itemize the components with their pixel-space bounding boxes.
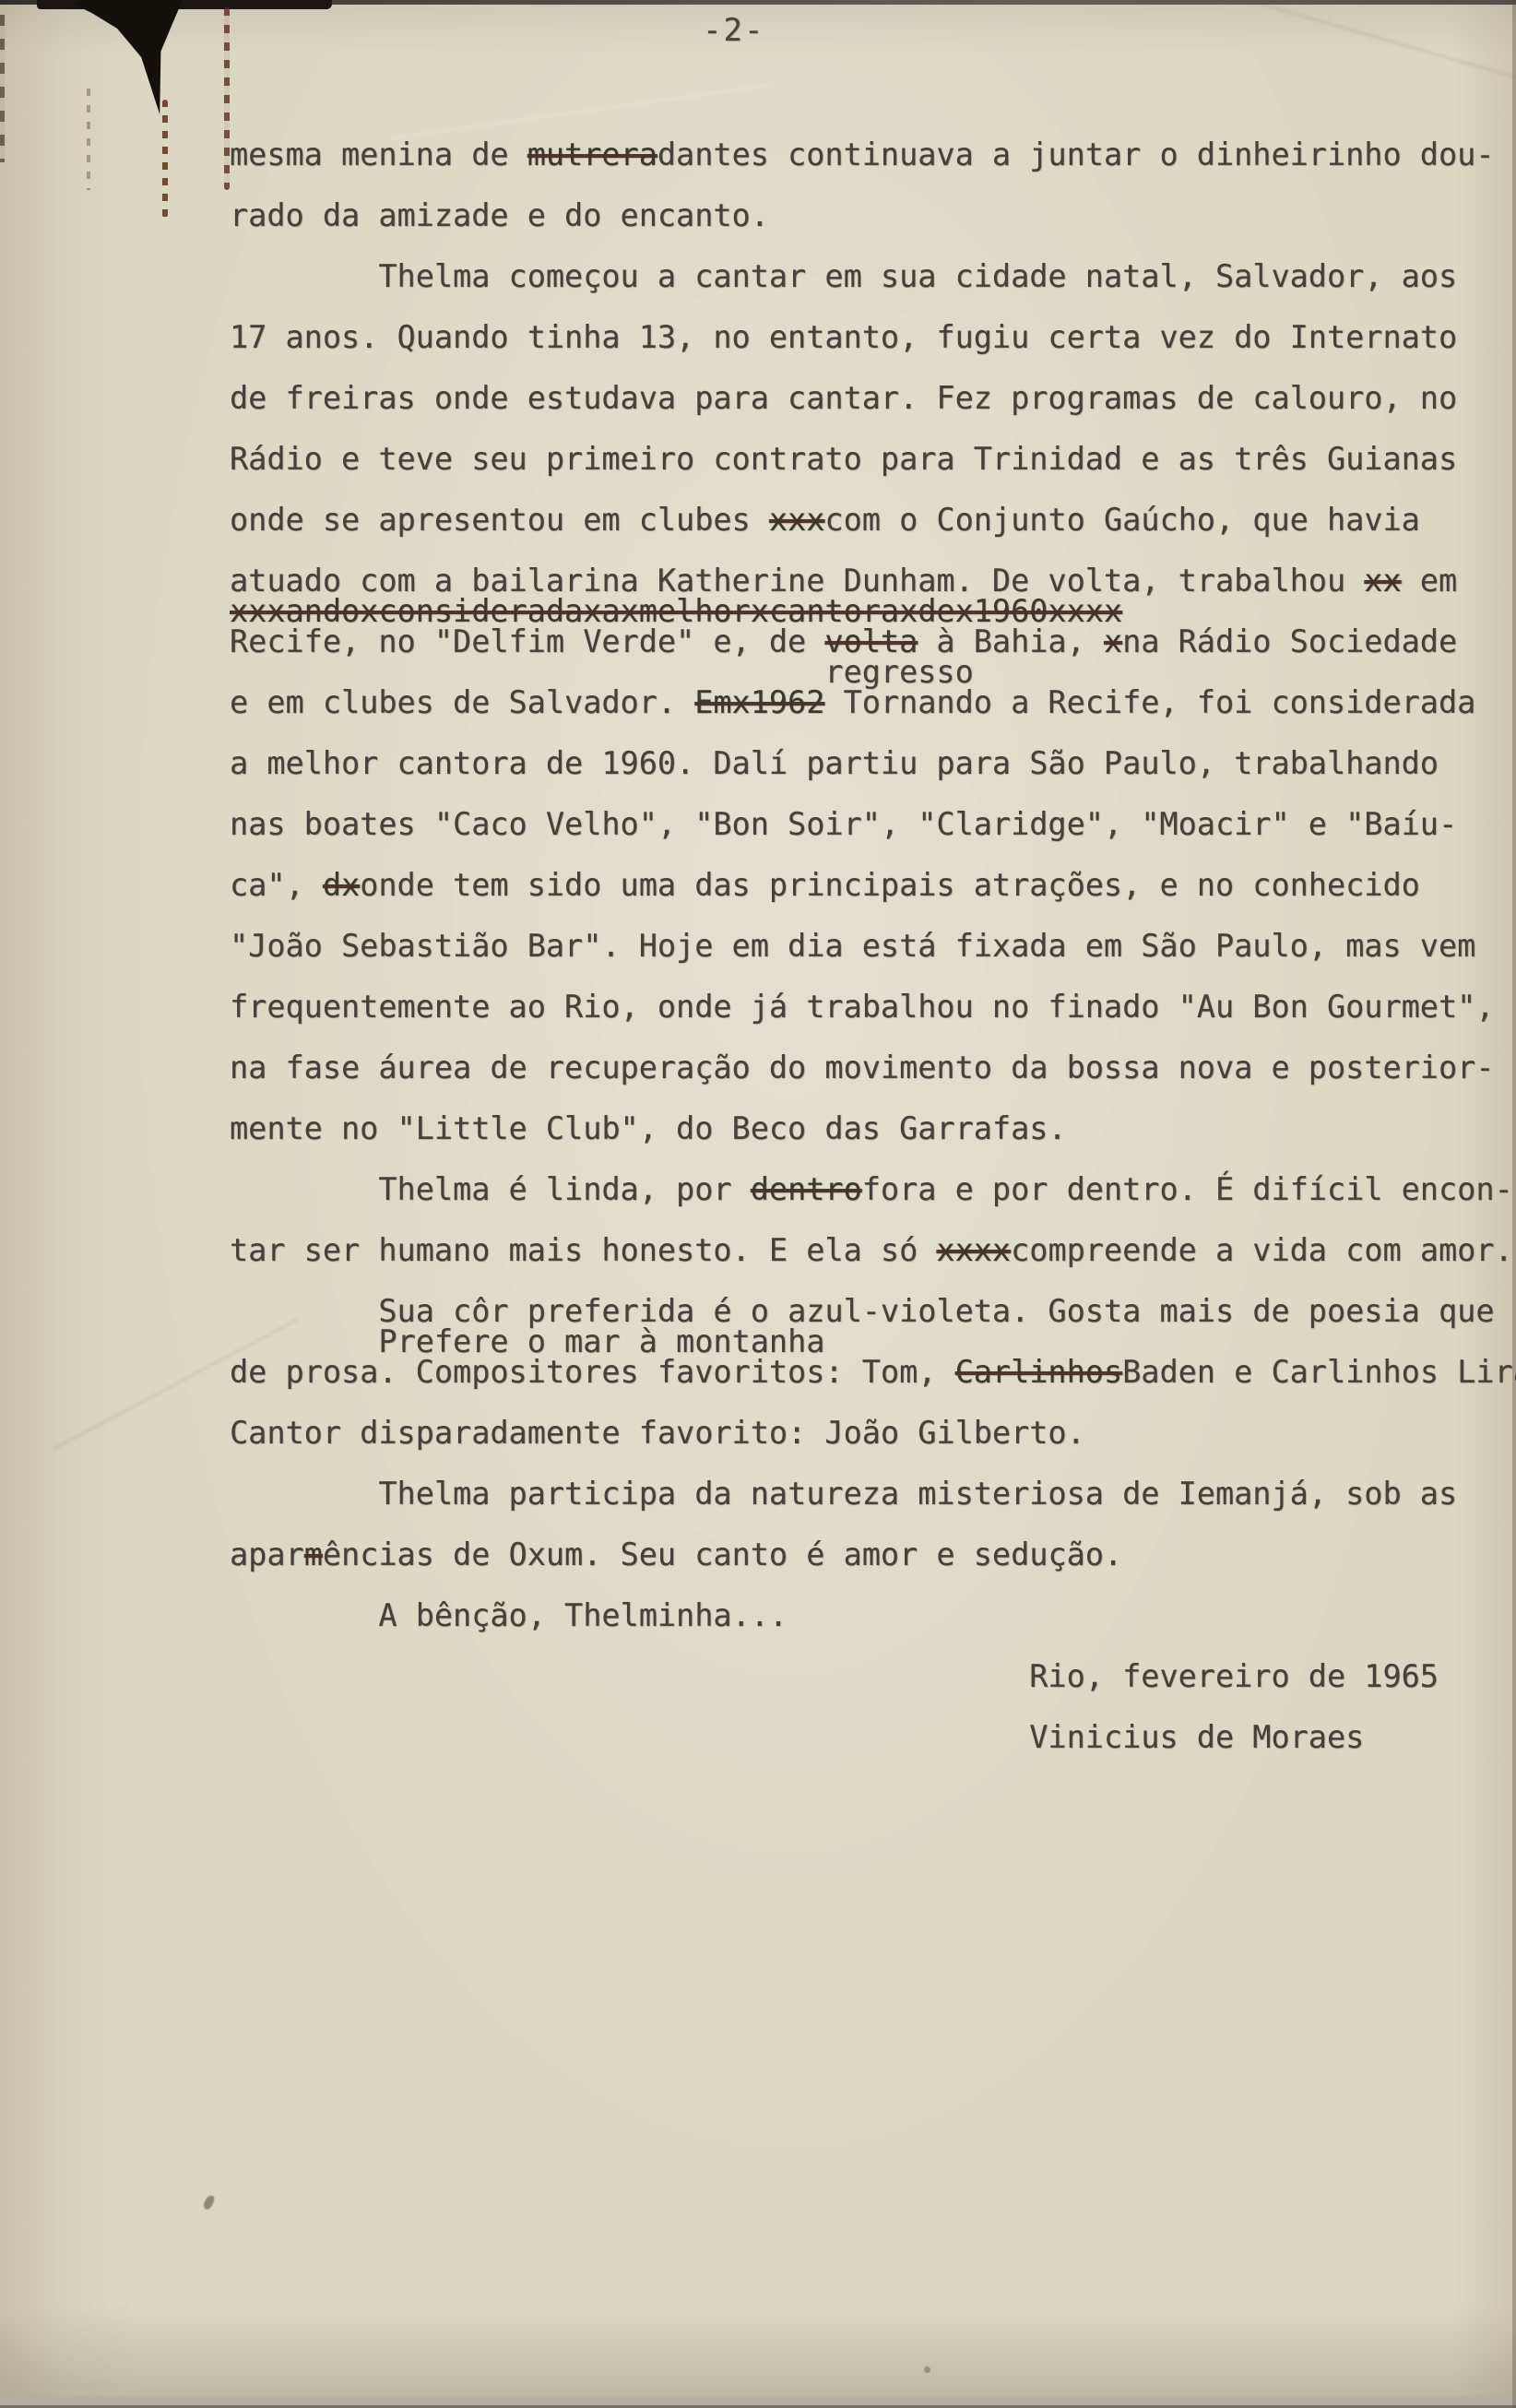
typed-text: ências de Oxum. Seu canto é amor e seduç… bbox=[323, 1536, 1122, 1572]
struck-text: xxxandoxconsideradaxaxmelhorxcantoraxdex… bbox=[230, 593, 1122, 629]
typed-text: rado da amizade e do encanto. bbox=[230, 197, 769, 233]
typed-text: onde tem sido uma das principais atraçõe… bbox=[360, 867, 1420, 903]
scan-edge-bottom bbox=[0, 2394, 1516, 2408]
typed-text: Thelma participa da natureza misteriosa … bbox=[378, 1476, 1457, 1512]
typed-text: Thelma começou a cantar em sua cidade na… bbox=[378, 258, 1457, 294]
typed-text: Rádio e teve seu primeiro contrato para … bbox=[230, 441, 1457, 477]
typed-text: mente no "Little Club", do Beco das Garr… bbox=[230, 1110, 1067, 1146]
text-line: mesma menina de mutreradantes continuava… bbox=[230, 125, 1502, 185]
ink-speck bbox=[202, 2194, 216, 2211]
text-line: "João Sebastião Bar". Hoje em dia está f… bbox=[230, 916, 1502, 977]
text-line: Thelma começou a cantar em sua cidade na… bbox=[230, 246, 1502, 307]
struck-text: m bbox=[304, 1536, 323, 1572]
rust-stain-drip bbox=[162, 100, 168, 218]
typed-text: Baden e Carlinhos Lira. bbox=[1122, 1354, 1516, 1390]
text-line: de freiras onde estudava para cantar. Fe… bbox=[230, 368, 1502, 429]
typed-text: mesma menina de bbox=[230, 136, 527, 172]
struck-text: dentro bbox=[751, 1171, 862, 1207]
text-line: tar ser humano mais honesto. E ela só xx… bbox=[230, 1220, 1502, 1281]
typed-text: frequentemente ao Rio, onde já trabalhou… bbox=[230, 989, 1494, 1025]
typed-text: Cantor disparadamente favorito: João Gil… bbox=[230, 1415, 1085, 1451]
text-line: a melhor cantora de 1960. Dalí partiu pa… bbox=[230, 733, 1502, 794]
typed-text: regresso bbox=[824, 654, 973, 690]
typed-text: A bênção, Thelminha... bbox=[378, 1597, 788, 1633]
typed-text: fora e por dentro. É difícil encon- bbox=[862, 1171, 1513, 1207]
typed-text: na Rádio Sociedade bbox=[1122, 623, 1457, 659]
text-line: frequentemente ao Rio, onde já trabalhou… bbox=[230, 977, 1502, 1038]
text-line: rado da amizade e do encanto. bbox=[230, 185, 1502, 246]
ink-speck bbox=[924, 2366, 930, 2373]
text-line: 17 anos. Quando tinha 13, no entanto, fu… bbox=[230, 307, 1502, 368]
typed-text: onde se apresentou em clubes bbox=[230, 502, 769, 538]
text-line: Thelma é linda, por dentrofora e por den… bbox=[230, 1159, 1502, 1220]
text-line: nas boates "Caco Velho", "Bon Soir", "Cl… bbox=[230, 794, 1502, 855]
struck-text: dx bbox=[323, 867, 360, 903]
typed-text: dantes continuava a juntar o dinheirinho… bbox=[657, 136, 1495, 172]
struck-text: mutrera bbox=[527, 136, 657, 172]
page-number: -2- bbox=[703, 9, 764, 52]
struck-text: xxx bbox=[769, 502, 825, 538]
text-line: Thelma participa da natureza misteriosa … bbox=[230, 1464, 1502, 1524]
text-line: na fase áurea de recuperação do moviment… bbox=[230, 1038, 1502, 1098]
text-line: Rádio e teve seu primeiro contrato para … bbox=[230, 429, 1502, 490]
struck-text: xxxx bbox=[936, 1232, 1011, 1268]
document-body: mesma menina de mutreradantes continuava… bbox=[230, 125, 1502, 1768]
text-line: Vinicius de Moraes bbox=[230, 1707, 1502, 1768]
paper-crease bbox=[1098, 0, 1516, 101]
typed-text: Prefere o mar à montanha bbox=[378, 1323, 824, 1359]
typed-text: compreende a vida com amor. bbox=[1011, 1232, 1513, 1268]
text-line: ca", dxonde tem sido uma das principais … bbox=[230, 855, 1502, 916]
text-line: A bênção, Thelminha... bbox=[230, 1585, 1502, 1646]
typed-text: com o Conjunto Gaúcho, que havia bbox=[824, 502, 1419, 538]
text-line: Rio, fevereiro de 1965 bbox=[230, 1646, 1502, 1707]
typed-text: "João Sebastião Bar". Hoje em dia está f… bbox=[230, 928, 1475, 964]
typed-text: Vinicius de Moraes bbox=[1029, 1719, 1364, 1755]
struck-text: Carlinhos bbox=[955, 1354, 1123, 1390]
typed-text: em bbox=[1402, 563, 1458, 599]
text-line: onde se apresentou em clubes xxxcom o Co… bbox=[230, 490, 1502, 551]
typed-text: ca", bbox=[230, 867, 323, 903]
text-line: Cantor disparadamente favorito: João Gil… bbox=[230, 1403, 1502, 1464]
typed-text: Thelma é linda, por bbox=[378, 1171, 750, 1207]
text-line: mente no "Little Club", do Beco das Garr… bbox=[230, 1098, 1502, 1159]
text-line: aparmências de Oxum. Seu canto é amor e … bbox=[230, 1524, 1502, 1585]
document-page: -2- mesma menina de mutreradantes contin… bbox=[0, 0, 1516, 2408]
typed-text: a melhor cantora de 1960. Dalí partiu pa… bbox=[230, 745, 1439, 781]
typed-text: tar ser humano mais honesto. E ela só bbox=[230, 1232, 936, 1268]
typed-text: de freiras onde estudava para cantar. Fe… bbox=[230, 380, 1457, 416]
typed-text: 17 anos. Quando tinha 13, no entanto, fu… bbox=[230, 319, 1457, 355]
typed-text: apar bbox=[230, 1536, 304, 1572]
struck-text: xx bbox=[1364, 563, 1401, 599]
left-edge-mark bbox=[0, 15, 5, 162]
typed-text: nas boates "Caco Velho", "Bon Soir", "Cl… bbox=[230, 806, 1457, 842]
typed-text: na fase áurea de recuperação do moviment… bbox=[230, 1050, 1494, 1085]
left-edge-mark bbox=[87, 89, 90, 190]
typed-text: Rio, fevereiro de 1965 bbox=[1029, 1658, 1439, 1694]
